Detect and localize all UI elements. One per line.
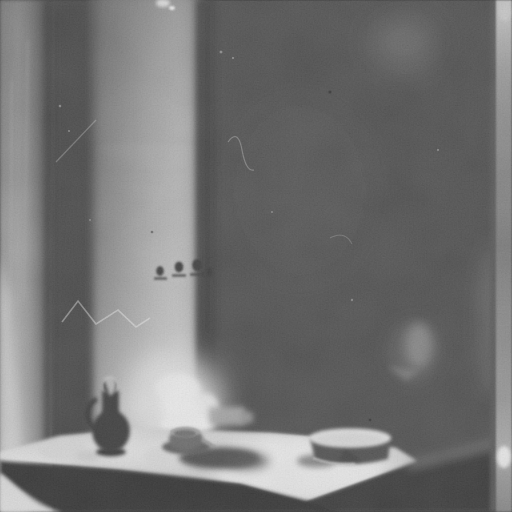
photo-canvas <box>0 0 512 512</box>
photograph <box>0 0 512 512</box>
grain-layer <box>0 0 512 512</box>
film-artifacts <box>0 0 512 512</box>
